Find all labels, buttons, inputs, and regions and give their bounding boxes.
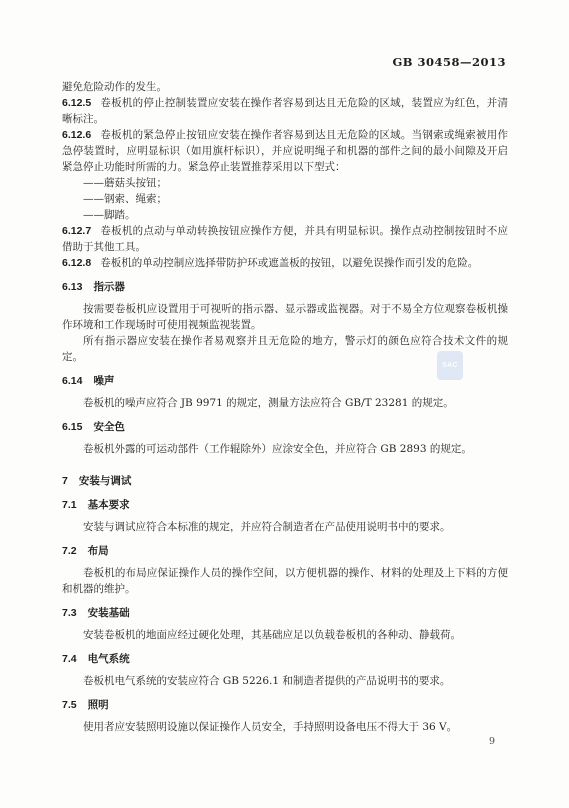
clause-text: 卷板机的点动与单动转换按钮应操作方便，并具有明显标识。操作点动控制按钮时不应借助… [62,225,508,253]
dash-list-item: ——钢索、绳索； [62,191,508,207]
paragraph-continuation: 避免危险动作的发生。 [62,79,508,95]
clause-6-12-6: 6.12.6卷板机的紧急停止按钮应安装在操作者容易到达且无危险的区域。当钢索或绳… [62,127,508,175]
clause-6-12-7: 6.12.7卷板机的点动与单动转换按钮应操作方便，并具有明显标识。操作点动控制按… [62,223,508,255]
heading-7-5: 7.5照明 [62,697,508,713]
clause-number: 6.12.8 [62,257,91,269]
clause-number: 6.12.5 [62,97,91,109]
dash-list-item: ——脚踏。 [62,207,508,223]
clause-6-12-5: 6.12.5卷板机的停止控制装置应安装在操作者容易到达且无危险的区域，装置应为红… [62,95,508,127]
heading-title: 安全色 [93,421,125,433]
clause-6-12-8: 6.12.8卷板机的单动控制应选择带防护环或遮盖板的按钮，以避免误操作而引发的危… [62,255,508,271]
heading-title: 照明 [88,699,109,711]
paragraph: 安装与调试应符合本标准的规定，并应符合制造者在产品使用说明书中的要求。 [62,519,508,535]
heading-number: 6.15 [62,421,82,433]
heading-title: 安装基础 [88,607,130,619]
heading-7: 7安装与调试 [62,473,508,489]
clause-text: 卷板机的停止控制装置应安装在操作者容易到达且无危险的区域，装置应为红色，并清晰标… [62,97,508,125]
heading-title: 噪声 [93,375,114,387]
heading-7-4: 7.4电气系统 [62,651,508,667]
heading-6-15: 6.15安全色 [62,419,508,435]
heading-number: 7.3 [62,607,77,619]
heading-7-2: 7.2布局 [62,543,508,559]
heading-number: 6.14 [62,375,82,387]
heading-title: 基本要求 [88,499,130,511]
heading-7-3: 7.3安装基础 [62,605,508,621]
dash-list-item: ——蘑菇头按钮； [62,175,508,191]
heading-number: 7 [62,475,68,487]
heading-number: 7.2 [62,545,77,557]
paragraph: 卷板机电气系统的安装应符合 GB 5226.1 和制造者提供的产品说明书的要求。 [62,673,508,689]
sac-watermark-badge: SAC [437,351,463,380]
paragraph: 安装卷板机的地面应经过硬化处理，其基础应足以负载卷板机的各种动、静载荷。 [62,627,508,643]
clause-text: 卷板机的紧急停止按钮应安装在操作者容易到达且无危险的区域。当钢索或绳索被用作急停… [62,129,508,173]
heading-6-13: 6.13指示器 [62,279,508,295]
clause-text: 卷板机的单动控制应选择带防护环或遮盖板的按钮，以避免误操作而引发的危险。 [100,257,478,269]
heading-number: 7.4 [62,653,77,665]
clause-number: 6.12.7 [62,225,91,237]
document-body: 避免危险动作的发生。 6.12.5卷板机的停止控制装置应安装在操作者容易到达且无… [62,79,508,735]
heading-title: 指示器 [93,281,125,293]
heading-title: 电气系统 [88,653,130,665]
standard-code-header: GB 30458—2013 [392,55,506,69]
heading-7-1: 7.1基本要求 [62,497,508,513]
document-page: GB 30458—2013 避免危险动作的发生。 6.12.5卷板机的停止控制装… [0,0,569,808]
heading-number: 7.5 [62,699,77,711]
paragraph: 卷板机的布局应保证操作人员的操作空间，以方便机器的操作、材料的处理及上下料的方便… [62,565,508,597]
paragraph: 卷板机的噪声应符合 JB 9971 的规定，测量方法应符合 GB/T 23281… [62,395,508,411]
page-number: 9 [489,736,495,747]
paragraph: 卷板机外露的可运动部件（工作辊除外）应涂安全色，并应符合 GB 2893 的规定… [62,441,508,457]
paragraph: 按需要卷板机应设置用于可视听的指示器、显示器或监视器。对于不易全方位观察卷板机操… [62,301,508,333]
heading-title: 布局 [88,545,109,557]
heading-title: 安装与调试 [79,475,132,487]
heading-number: 6.13 [62,281,82,293]
heading-number: 7.1 [62,499,77,511]
clause-number: 6.12.6 [62,129,91,141]
paragraph: 使用者应安装照明设施以保证操作人员安全，手持照明设备电压不得大于 36 V。 [62,719,508,735]
